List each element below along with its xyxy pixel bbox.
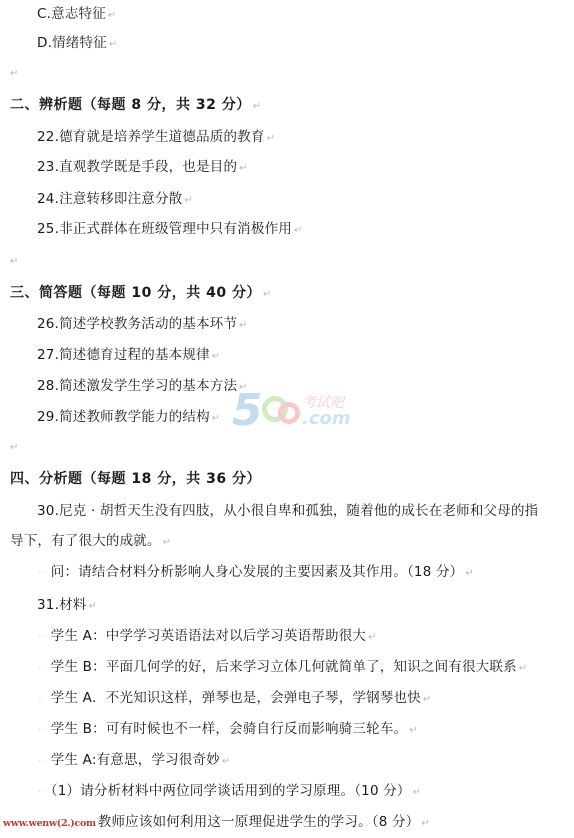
paragraph-mark-icon: ↵ xyxy=(109,39,118,50)
question-30-line2: 导下，有了很大的成就。↵ xyxy=(10,532,171,552)
dialogue-line: ··学生 A：中学学习英语语法对以后学习英语帮助很大↵ xyxy=(38,627,377,647)
paragraph-mark-icon: ↵ xyxy=(239,163,248,174)
paragraph-mark-icon: ↵ xyxy=(465,568,474,579)
paragraph-mark-icon: ↵ xyxy=(413,787,422,798)
watermark-logo: 5 考试吧 .com xyxy=(232,388,362,436)
question-26: 26.简述学校教务活动的基本环节↵ xyxy=(37,315,248,335)
question-28: 28.简述激发学生学习的基本方法↵ xyxy=(37,377,248,397)
dialogue-line: ··学生 B：可有时候也不一样，会骑自行反而影响骑三轮车。↵ xyxy=(38,720,418,740)
paragraph-mark-icon: ↵ xyxy=(10,256,18,268)
site-watermark-stamp: www.wenw(2.)com xyxy=(3,818,96,829)
paragraph-mark-icon: ↵ xyxy=(88,601,97,612)
dialogue-line: ··学生 A:有意思，学习很奇妙↵ xyxy=(38,751,231,771)
paragraph-mark-icon: ↵ xyxy=(294,225,303,236)
watermark-circle-icon xyxy=(278,402,300,424)
section-heading-discrimination: 二、辨析题（每题 8 分，共 32 分）↵ xyxy=(10,96,262,116)
dialogue-line: ··学生 A．不光知识这样，弹琴也是，会弹电子琴，学钢琴也快↵ xyxy=(38,689,432,709)
question-30-prompt: ··问：请结合材料分析影响人身心发展的主要因素及其作用。（18 分）↵ xyxy=(38,563,474,583)
paragraph-mark-icon: ↵ xyxy=(368,632,377,643)
indent-dots: ·· xyxy=(38,756,45,767)
paragraph-mark-icon: ↵ xyxy=(212,413,221,424)
indent-dots: ·· xyxy=(38,632,45,643)
section-heading-analysis: 四、分析题（每题 18 分，共 36 分） xyxy=(10,470,261,488)
paragraph-mark-icon: ↵ xyxy=(108,10,117,21)
question-27: 27.简述德育过程的基本规律↵ xyxy=(37,346,220,366)
question-23: 23.直观教学既是手段，也是目的↵ xyxy=(37,158,248,178)
paragraph-mark-icon: ↵ xyxy=(184,195,193,206)
question-24: 24.注意转移即注意分散↵ xyxy=(37,190,193,210)
watermark-digit: 5 xyxy=(232,388,263,434)
paragraph-mark-icon: ↵ xyxy=(267,133,276,144)
dialogue-line: ··学生 B：平面几何学的好，后来学习立体几何就简单了，知识之间有很大联系↵ xyxy=(38,658,527,678)
paragraph-mark-icon: ↵ xyxy=(239,320,248,331)
question-30-line1: 30.尼克 · 胡哲天生没有四肢，从小很自卑和孤独，随着他的成长在老师和父母的指 xyxy=(37,502,538,520)
indent-dots: ·· xyxy=(38,694,45,705)
paragraph-mark-icon: ↵ xyxy=(423,694,432,705)
option-d: D.情绪特征↵ xyxy=(37,34,117,54)
paragraph-mark-icon: ↵ xyxy=(10,68,18,80)
indent-dots: ·· xyxy=(38,725,45,736)
indent-dots: ·· xyxy=(38,568,45,579)
question-22: 22.德育就是培养学生道德品质的教育↵ xyxy=(37,128,275,148)
question-29: 29.简述教师教学能力的结构↵ xyxy=(37,408,220,428)
paragraph-mark-icon: ↵ xyxy=(10,442,18,454)
sub-question-2: www.wenw(2.)com教师应该如何利用这一原理促进学生的学习。（8 分）… xyxy=(3,813,430,833)
sub-question-1: ··（1）请分析材料中两位同学谈话用到的学习原理。（10 分）↵ xyxy=(38,782,421,802)
option-c: C.意志特征↵ xyxy=(37,5,117,25)
question-31-title: 31.材料↵ xyxy=(37,596,97,616)
paragraph-mark-icon: ↵ xyxy=(163,537,172,548)
section-heading-short-answer: 三、简答题（每题 10 分，共 40 分）↵ xyxy=(10,284,272,304)
paragraph-mark-icon: ↵ xyxy=(212,351,221,362)
question-25: 25.非正式群体在班级管理中只有消极作用↵ xyxy=(37,220,303,240)
paragraph-mark-icon: ↵ xyxy=(253,101,262,112)
paragraph-mark-icon: ↵ xyxy=(421,818,430,829)
indent-dots: ·· xyxy=(38,663,45,674)
indent-dots: ·· xyxy=(38,787,45,798)
paragraph-mark-icon: ↵ xyxy=(263,289,272,300)
paragraph-mark-icon: ↵ xyxy=(519,663,528,674)
watermark-text-com: .com xyxy=(302,408,351,429)
paragraph-mark-icon: ↵ xyxy=(409,725,418,736)
paragraph-mark-icon: ↵ xyxy=(222,756,231,767)
